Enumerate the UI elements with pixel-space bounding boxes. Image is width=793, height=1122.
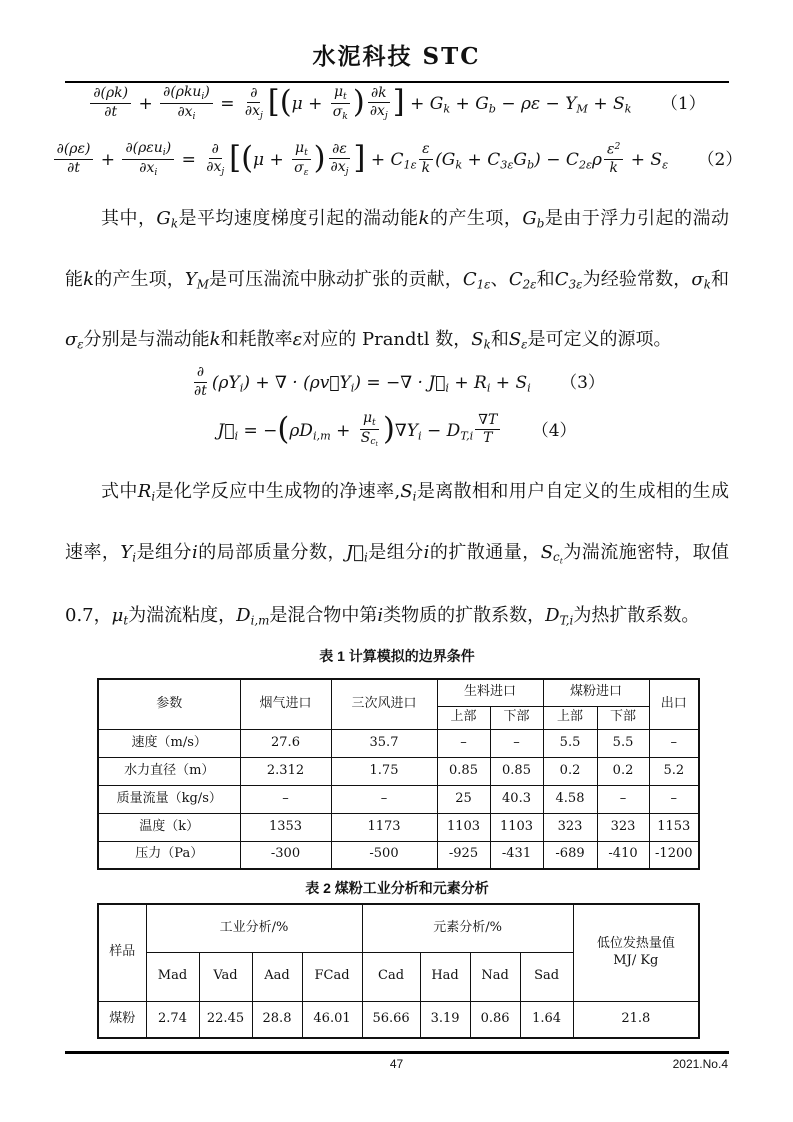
page-title: 水泥科技 STC (0, 38, 793, 71)
header-cell-upper: 上部 (437, 706, 490, 729)
equation-1-number: （1） (661, 94, 706, 114)
row-label: 速度（m/s） (98, 729, 240, 757)
header-cell-flue-gas-inlet: 烟气进口 (240, 679, 331, 729)
header-cell-lower: 下部 (490, 706, 543, 729)
table-row-temperature: 温度（k） 1353 1173 1103 1103 323 323 1153 (98, 813, 699, 841)
header-cell-tertiary-air-inlet: 三次风进口 (331, 679, 437, 729)
data-cell: 1.64 (520, 1001, 573, 1038)
header-cell-fcad: FCad (302, 952, 362, 1001)
data-cell: – (331, 785, 437, 813)
data-cell: – (649, 785, 699, 813)
equation-4: J⃗i = −(ρDi,m + μtSct)∇Yi − DT,i∇TT （4） (45, 412, 749, 450)
data-cell: 0.85 (490, 757, 543, 785)
data-cell: 22.45 (199, 1001, 252, 1038)
header-cell-ultimate-analysis: 元素分析/% (362, 904, 573, 952)
header-cell-nad: Nad (470, 952, 520, 1001)
data-cell: – (437, 729, 490, 757)
header-cell-proximate-analysis: 工业分析/% (146, 904, 362, 952)
data-cell: 27.6 (240, 729, 331, 757)
equation-4-number: （4） (532, 421, 577, 441)
table-row: 样品 工业分析/% 元素分析/% 低位发热量值 MJ/ Kg (98, 904, 699, 952)
table-row-coal-powder: 煤粉 2.74 22.45 28.8 46.01 56.66 3.19 0.86… (98, 1001, 699, 1038)
equation-1-body: ∂(ρk)∂t + ∂(ρkui)∂xi = ∂∂xj[(μ + μtσk)∂k… (88, 94, 631, 114)
paragraph-terms-2: 式中Ri是化学反应中生成物的净速率,Si是离散相和用户自定义的生成相的生成速率，… (65, 464, 729, 649)
paragraph-terms-1: 其中，Gk是平均速度梯度引起的湍动能k的产生项，Gb是由于浮力引起的湍动能k的产… (65, 191, 729, 373)
issue-number: 2021.No.4 (673, 1057, 728, 1071)
data-cell: 323 (543, 813, 597, 841)
data-cell: 1103 (437, 813, 490, 841)
data-cell: -300 (240, 841, 331, 869)
header-cell-upper: 上部 (543, 706, 597, 729)
data-cell: 1103 (490, 813, 543, 841)
header-rule (65, 81, 729, 83)
header-cell-outlet: 出口 (649, 679, 699, 729)
data-cell: 0.2 (597, 757, 649, 785)
table-row-mass-flow: 质量流量（kg/s） – – 25 40.3 4.58 – – (98, 785, 699, 813)
header-cell-aad: Aad (252, 952, 302, 1001)
equation-3: ∂∂t(ρYi) + ∇ · (ρv⃗Yi) = −∇ · J⃗i + Ri +… (45, 366, 749, 402)
data-cell: 28.8 (252, 1001, 302, 1038)
data-cell: 40.3 (490, 785, 543, 813)
row-label: 水力直径（m） (98, 757, 240, 785)
header-cell-sad: Sad (520, 952, 573, 1001)
data-cell: 0.85 (437, 757, 490, 785)
data-cell: 3.19 (420, 1001, 470, 1038)
header-cell-param: 参数 (98, 679, 240, 729)
data-cell: 4.58 (543, 785, 597, 813)
footer-rule (65, 1051, 729, 1054)
row-label: 质量流量（kg/s） (98, 785, 240, 813)
table-1-caption: 表 1 计算模拟的边界条件 (65, 646, 729, 666)
data-cell: -410 (597, 841, 649, 869)
data-cell: 1.75 (331, 757, 437, 785)
equation-2-body: ∂(ρε)∂t + ∂(ρεui)∂xi = ∂∂xj[(μ + μtσε)∂ε… (52, 150, 668, 170)
table-2-caption: 表 2 煤粉工业分析和元素分析 (65, 878, 729, 898)
data-cell: 2.74 (146, 1001, 199, 1038)
data-cell: -1200 (649, 841, 699, 869)
lhv-label-line1: 低位发热量值 (574, 936, 699, 953)
lhv-label-line2: MJ/ Kg (574, 953, 699, 970)
header-cell-raw-meal-inlet: 生料进口 (437, 679, 543, 706)
header-cell-mad: Mad (146, 952, 199, 1001)
data-cell: 25 (437, 785, 490, 813)
equation-2-number: （2） (698, 150, 743, 170)
table-1-boundary-conditions: 参数 烟气进口 三次风进口 生料进口 煤粉进口 出口 上部 下部 上部 下部 速… (97, 678, 700, 870)
data-cell: -500 (331, 841, 437, 869)
equation-3-body: ∂∂t(ρYi) + ∇ · (ρv⃗Yi) = −∇ · J⃗i + Ri +… (189, 373, 531, 393)
table-row-velocity: 速度（m/s） 27.6 35.7 – – 5.5 5.5 – (98, 729, 699, 757)
header-cell-coal-inlet: 煤粉进口 (543, 679, 649, 706)
row-label: 煤粉 (98, 1001, 146, 1038)
data-cell: 56.66 (362, 1001, 420, 1038)
data-cell: 5.2 (649, 757, 699, 785)
header-cell-vad: Vad (199, 952, 252, 1001)
data-cell: -925 (437, 841, 490, 869)
data-cell: – (490, 729, 543, 757)
equation-1: ∂(ρk)∂t + ∂(ρkui)∂xi = ∂∂xj[(μ + μtσk)∂k… (45, 86, 749, 124)
equation-3-number: （3） (560, 373, 605, 393)
header-cell-sample: 样品 (98, 904, 146, 1001)
table-row: 参数 烟气进口 三次风进口 生料进口 煤粉进口 出口 (98, 679, 699, 706)
data-cell: 0.86 (470, 1001, 520, 1038)
data-cell: 21.8 (573, 1001, 699, 1038)
row-label: 温度（k） (98, 813, 240, 841)
table-2-coal-analysis: 样品 工业分析/% 元素分析/% 低位发热量值 MJ/ Kg Mad Vad A… (97, 903, 700, 1039)
data-cell: 0.2 (543, 757, 597, 785)
data-cell: -431 (490, 841, 543, 869)
data-cell: – (597, 785, 649, 813)
row-label: 压力（Pa） (98, 841, 240, 869)
data-cell: – (240, 785, 331, 813)
header-cell-lower: 下部 (597, 706, 649, 729)
equation-4-body: J⃗i = −(ρDi,m + μtSct)∇Yi − DT,i∇TT (217, 421, 502, 441)
data-cell: 323 (597, 813, 649, 841)
data-cell: -689 (543, 841, 597, 869)
data-cell: 1153 (649, 813, 699, 841)
data-cell: 1353 (240, 813, 331, 841)
table-row-pressure: 压力（Pa） -300 -500 -925 -431 -689 -410 -12… (98, 841, 699, 869)
data-cell: – (649, 729, 699, 757)
data-cell: 46.01 (302, 1001, 362, 1038)
data-cell: 5.5 (597, 729, 649, 757)
header-cell-had: Had (420, 952, 470, 1001)
table-row-hydraulic-diameter: 水力直径（m） 2.312 1.75 0.85 0.85 0.2 0.2 5.2 (98, 757, 699, 785)
data-cell: 2.312 (240, 757, 331, 785)
data-cell: 1173 (331, 813, 437, 841)
data-cell: 5.5 (543, 729, 597, 757)
data-cell: 35.7 (331, 729, 437, 757)
header-cell-cad: Cad (362, 952, 420, 1001)
journal-page: 水泥科技 STC ∂(ρk)∂t + ∂(ρkui)∂xi = ∂∂xj[(μ … (0, 0, 793, 1122)
header-cell-lower-heating-value: 低位发热量值 MJ/ Kg (573, 904, 699, 1001)
equation-2: ∂(ρε)∂t + ∂(ρεui)∂xi = ∂∂xj[(μ + μtσε)∂ε… (45, 142, 749, 180)
